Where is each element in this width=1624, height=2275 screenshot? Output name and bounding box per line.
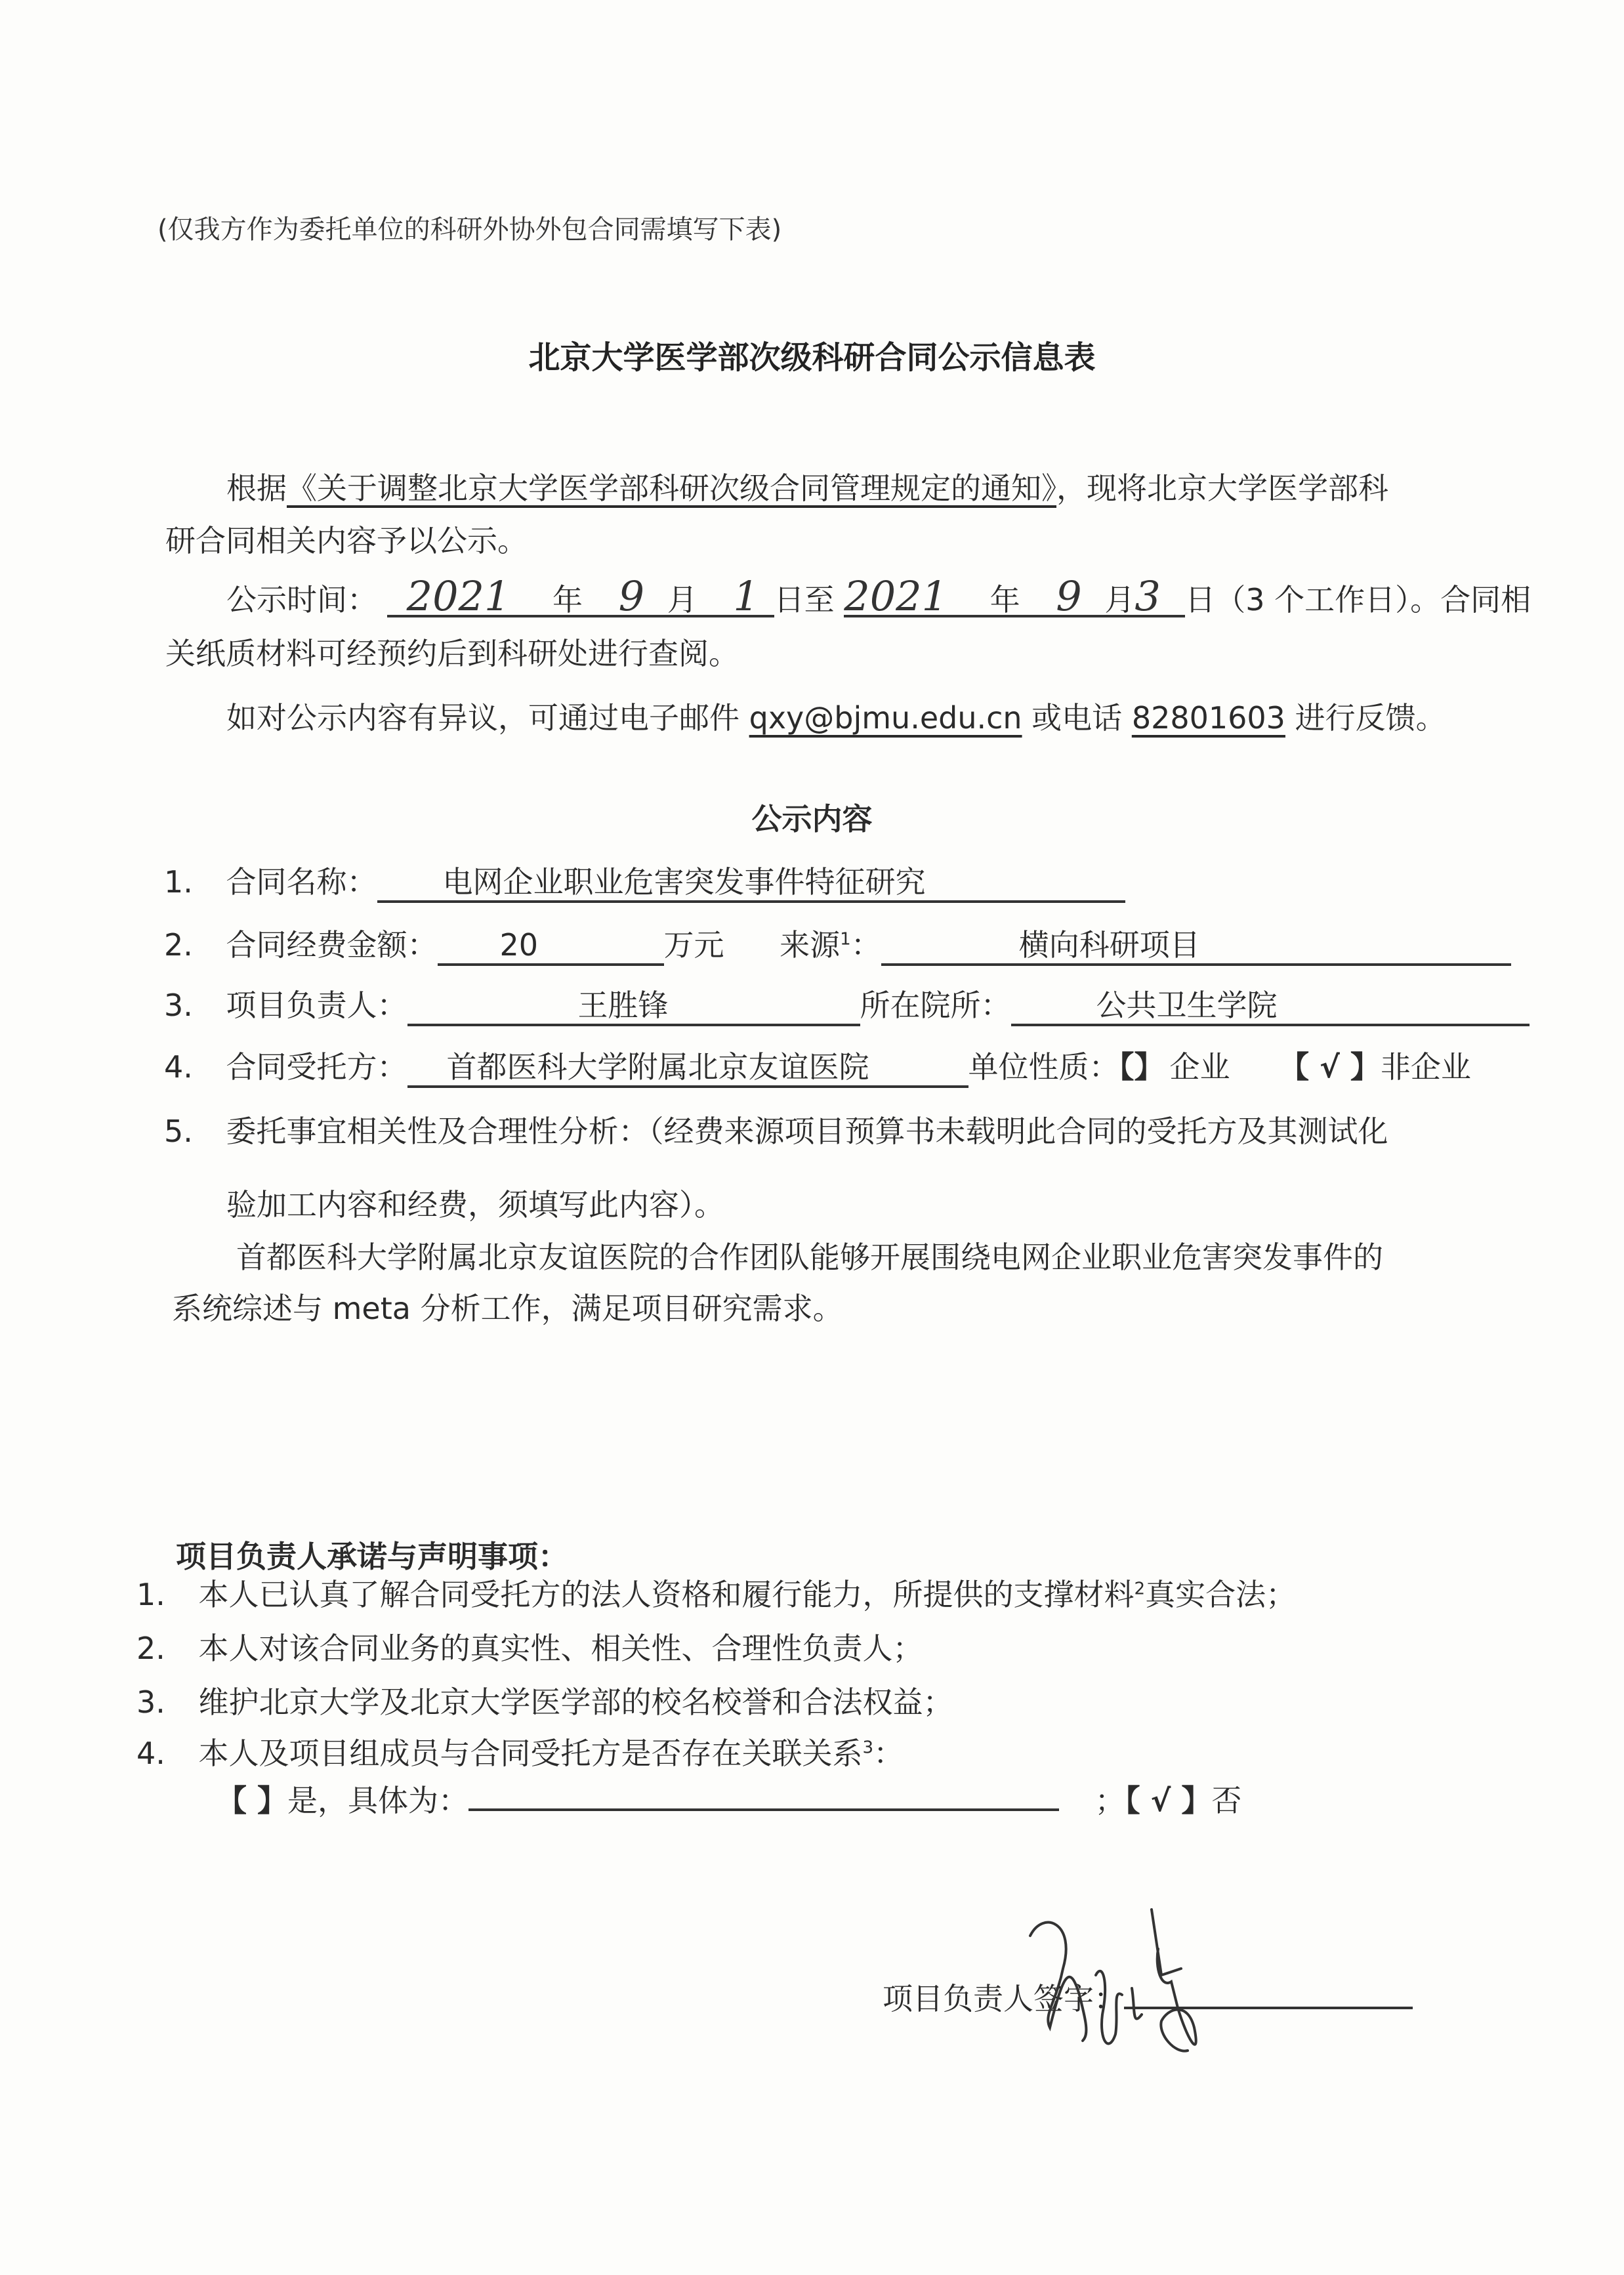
item-trustee: 4. 合同受托方：首都医科大学附属北京友谊医院单位性质：【】企业 【 √ 】非企… (164, 1043, 1471, 1088)
source-value: 横向科研项目 (1019, 927, 1200, 963)
leader-label: 项目负责人： (226, 988, 407, 1023)
header-note: (仅我方作为委托单位的科研外协外包合同需填写下表) (157, 209, 781, 246)
contract-name-value: 电网企业职业危害突发事件特征研究 (443, 864, 926, 900)
contract-name-field[interactable]: 电网企业职业危害突发事件特征研究 (377, 864, 1125, 903)
to-char: 至 (804, 582, 835, 617)
intro-suffix: ，现将北京大学医学部科 (1056, 470, 1388, 506)
pledge-text: 本人对该合同业务的真实性、相关性、合理性负责人； (199, 1631, 923, 1666)
relation-yes-checkbox[interactable]: 【 】 (217, 1783, 287, 1818)
item-num: 4. (164, 1049, 193, 1085)
dept-field[interactable]: 公共卫生学院 (1011, 987, 1530, 1026)
pledge-title: 项目负责人承诺与声明事项： (176, 1533, 568, 1576)
notice-link[interactable]: 《关于调整北京大学医学部科研次级合同管理规定的通知》 (287, 470, 1056, 506)
pledge-num: 1. (136, 1577, 165, 1612)
pledge-text: 维护北京大学及北京大学医学部的校名校誉和合法权益； (199, 1684, 953, 1720)
separator: ； (1095, 1783, 1125, 1818)
pledge-item-3: 3. 维护北京大学及北京大学医学部的校名校誉和合法权益； (136, 1679, 953, 1722)
pledge-text: 本人及项目组成员与合同受托方是否存在关联关系 (199, 1736, 863, 1771)
year-char: 年 (552, 582, 583, 617)
analysis-body-line-1: 首都医科大学附属北京友谊医院的合作团队能够开展围绕电网企业职业危害突发事件的 (236, 1234, 1383, 1277)
trustee-value: 首都医科大学附属北京友谊医院 (447, 1049, 869, 1085)
pledge-item-2: 2. 本人对该合同业务的真实性、相关性、合理性负责人； (136, 1625, 923, 1668)
pledge-tail: 真实合法； (1145, 1577, 1296, 1612)
feedback-line: 如对公示内容有异议，可通过电子邮件 qxy@bjmu.edu.cn 或电话 82… (226, 694, 1446, 738)
feedback-suffix: 进行反馈。 (1285, 700, 1446, 736)
item-contract-name: 1. 合同名称：电网企业职业危害突发事件特征研究 (164, 858, 1125, 903)
footnote-2: 2 (1135, 1579, 1146, 1599)
page-title: 北京大学医学部次级科研合同公示信息表 (0, 332, 1624, 377)
pledge-item-4: 4. 本人及项目组成员与合同受托方是否存在关联关系3： (136, 1730, 904, 1773)
amount-value: 20 (500, 927, 539, 963)
footnote-3: 3 (863, 1738, 874, 1758)
pledge-tail: ： (873, 1736, 904, 1771)
non-enterprise-label: 非企业 (1381, 1049, 1471, 1085)
source-colon: ： (851, 927, 881, 963)
feedback-prefix: 如对公示内容有异议，可通过电子邮件 (226, 700, 749, 736)
period-line-1: 公示时间： 2021 年 9 月 1 日至 2021 年 9 月3 日（3 个工… (226, 576, 1531, 619)
dept-label: 所在院所： (860, 988, 1011, 1023)
relation-detail-field[interactable] (468, 1772, 1059, 1811)
relation-no-label: 否 (1211, 1783, 1241, 1818)
leader-value: 王胜锋 (578, 988, 669, 1023)
period-start-field[interactable]: 2021 年 9 月 1 (387, 578, 774, 617)
non-enterprise-checkbox[interactable]: 【 √ 】 (1279, 1049, 1381, 1085)
end-month: 9 (1056, 572, 1081, 620)
start-day: 1 (733, 572, 759, 620)
analysis-label-line-2: 验加工内容和经费，须填写此内容）。 (226, 1181, 724, 1224)
nature-label: 单位性质： (968, 1049, 1119, 1085)
year-char: 年 (990, 582, 1020, 617)
pledge-num: 2. (136, 1631, 165, 1666)
period-label: 公示时间： (226, 582, 377, 617)
dept-value: 公共卫生学院 (1096, 988, 1278, 1023)
month-char: 月 (1104, 582, 1135, 617)
item-leader: 3. 项目负责人：王胜锋所在院所：公共卫生学院 (164, 982, 1530, 1026)
feedback-phone[interactable]: 82801603 (1132, 700, 1285, 736)
analysis-body-line-2: 系统综述与 meta 分析工作，满足项目研究需求。 (172, 1285, 843, 1328)
item-num: 3. (164, 988, 193, 1023)
footnote-1: 1 (840, 930, 851, 950)
item-analysis: 5. 委托事宜相关性及合理性分析：（经费来源项目预算书未载明此合同的受托方及其测… (164, 1108, 1388, 1151)
start-month: 9 (619, 572, 644, 620)
trustee-label: 合同受托方： (226, 1049, 407, 1085)
relation-yes-label: 是，具体为： (287, 1783, 468, 1818)
intro-line-2: 研合同相关内容予以公示。 (165, 517, 528, 560)
end-year: 2021 (844, 572, 947, 620)
item-amount: 2. 合同经费金额：20万元 来源1：横向科研项目 (164, 921, 1511, 966)
item-num: 5. (164, 1114, 193, 1149)
pledge-text: 本人已认真了解合同受托方的法人资格和履行能力，所提供的支撑材料 (199, 1577, 1135, 1612)
intro-line-1: 根据《关于调整北京大学医学部科研次级合同管理规定的通知》，现将北京大学医学部科 (226, 465, 1388, 508)
month-char: 月 (667, 582, 697, 617)
intro-prefix: 根据 (226, 470, 287, 506)
trustee-field[interactable]: 首都医科大学附属北京友谊医院 (407, 1049, 968, 1088)
relation-no-checkbox[interactable]: 【 √ 】 (1125, 1783, 1212, 1818)
pledge-item-1: 1. 本人已认真了解合同受托方的法人资格和履行能力，所提供的支撑材料2真实合法； (136, 1571, 1296, 1614)
period-suffix: 日（3 个工作日）。合同相 (1185, 582, 1531, 617)
section-title: 公示内容 (0, 795, 1624, 839)
pledge-num: 4. (136, 1736, 165, 1771)
handwritten-signature-icon (1004, 1896, 1371, 2067)
enterprise-checkbox[interactable]: 【】 (1119, 1049, 1165, 1085)
feedback-email[interactable]: qxy@bjmu.edu.cn (749, 700, 1022, 736)
item-num: 2. (164, 927, 193, 963)
day-char: 日 (774, 582, 804, 617)
start-year: 2021 (407, 572, 510, 620)
leader-field[interactable]: 王胜锋 (407, 987, 860, 1026)
period-end-field[interactable]: 2021 年 9 月3 (844, 578, 1185, 617)
amount-field[interactable]: 20 (438, 927, 664, 966)
feedback-middle: 或电话 (1022, 700, 1132, 736)
contract-name-label: 合同名称： (226, 864, 377, 900)
amount-label: 合同经费金额： (226, 927, 438, 963)
source-label: 来源 (780, 927, 840, 963)
pledge-num: 3. (136, 1684, 165, 1720)
analysis-label-line-1: 委托事宜相关性及合理性分析：（经费来源项目预算书未载明此合同的受托方及其测试化 (226, 1114, 1388, 1149)
source-field[interactable]: 横向科研项目 (881, 927, 1511, 966)
relation-line: 【 】是，具体为： ；【 √ 】否 (217, 1772, 1241, 1820)
enterprise-label: 企业 (1170, 1049, 1230, 1085)
item-num: 1. (164, 864, 193, 900)
end-day: 3 (1135, 572, 1160, 620)
period-line-2: 关纸质材料可经预约后到科研处进行查阅。 (165, 630, 739, 673)
amount-unit: 万元 (664, 927, 724, 963)
